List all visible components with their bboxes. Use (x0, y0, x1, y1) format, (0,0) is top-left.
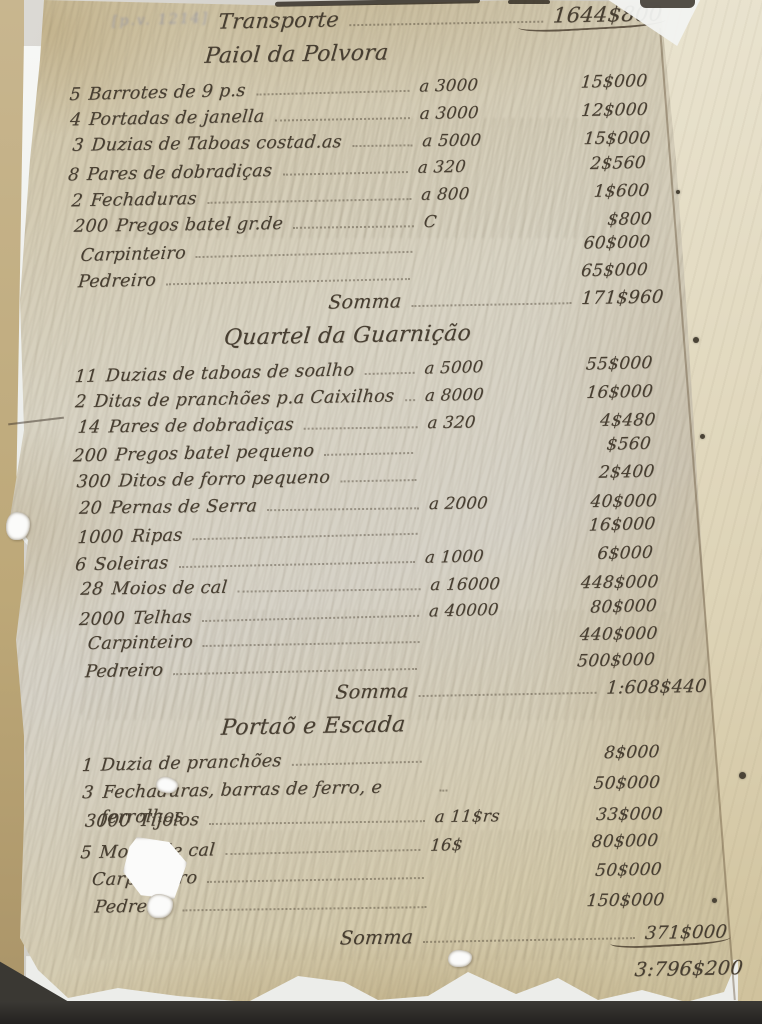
row-unit-rate (434, 877, 544, 879)
row-unit-rate (422, 250, 532, 253)
row-quantity: 8 (67, 163, 81, 188)
row-amount: 50$000 (554, 771, 661, 798)
row-amount: 15$000 (528, 69, 648, 97)
row-description: Barrotes de 9 p.s (88, 79, 247, 108)
row-quantity: 3 (81, 781, 95, 806)
row-quantity: 200 (72, 444, 108, 470)
row-quantity: 6 (74, 553, 88, 578)
row-quantity: 2 (70, 189, 84, 214)
row-description: Pedreiro (84, 658, 164, 685)
row-amount: 80$000 (538, 594, 658, 622)
row-amount: $560 (532, 432, 652, 460)
row-quantity: 20 (78, 496, 103, 521)
row-unit-rate (420, 277, 530, 279)
row-description: Pares de dobradiças (107, 413, 295, 440)
dot-leader (237, 588, 420, 592)
row-unit-rate: a 320 (426, 409, 538, 435)
row-description: Telhas (132, 605, 193, 631)
dot-leader (192, 533, 417, 541)
row-amount: 12$000 (529, 98, 649, 125)
row-quantity: 3000 (84, 809, 132, 835)
dot-leader (166, 278, 410, 285)
row-quantity: 11 (74, 365, 99, 391)
row-quantity: 3 (71, 134, 85, 159)
dot-leader (352, 144, 412, 147)
dot-leader (419, 692, 596, 697)
dot-leader (405, 399, 415, 401)
row-amount: 440$000 (538, 622, 658, 649)
row-description: Moios de cal (110, 576, 228, 603)
wormhole (676, 190, 680, 194)
row-quantity: 4 (69, 108, 83, 133)
row-description: Pedreiro (77, 269, 157, 296)
row-unit-rate: a 8000 (424, 381, 536, 408)
row-amount: 2$560 (527, 151, 647, 179)
row-amount: 80$000 (539, 829, 659, 857)
section-rows-paiol: 5Barrotes de 9 p.sa 300015$000 4Portadas… (69, 70, 665, 297)
transporte-label: Transporte (217, 7, 340, 33)
row-amount: 6$000 (534, 541, 654, 569)
row-unit-rate: a 5000 (424, 353, 536, 381)
row-amount: 15$000 (531, 126, 651, 153)
row-amount: 60$000 (531, 230, 651, 258)
dot-leader (209, 820, 425, 825)
dot-leader (423, 937, 634, 943)
row-description: Pregos batel gr.de (115, 212, 284, 239)
row-quantity: 200 (73, 214, 110, 239)
row-description: Fechaduras (90, 187, 198, 214)
row-unit-rate: a 3000 (418, 71, 530, 99)
dot-leader (364, 372, 414, 375)
row-description: Pregos batel pequeno (114, 439, 315, 468)
row-amount: 16$000 (534, 380, 654, 407)
dot-leader (412, 302, 571, 307)
row-quantity: 28 (79, 577, 104, 602)
dot-leader (207, 198, 411, 204)
row-unit-rate: a 5000 (421, 127, 533, 153)
row-amount: 16$000 (537, 512, 657, 540)
row-quantity: 2000 (78, 607, 126, 633)
row-unit-rate (428, 532, 538, 535)
dot-leader (325, 452, 414, 456)
somma-amount: 371$000 (644, 921, 728, 944)
row-description: Duzias de Taboas costad.as (91, 130, 344, 158)
row-description: Pares de dobradiças (86, 159, 273, 188)
top-edge-ink-fragment (640, 0, 695, 8)
dot-leader (207, 877, 424, 883)
row-description: Pernas de Serra (109, 494, 258, 521)
dot-leader (304, 426, 418, 429)
dot-leader (256, 90, 409, 96)
archival-annotation: [p.v. 1214] (112, 10, 210, 29)
dot-leader (179, 561, 415, 568)
dot-leader (202, 615, 419, 622)
row-quantity: 300 (76, 470, 112, 496)
row-quantity: 2 (74, 390, 88, 415)
dot-leader (440, 790, 448, 792)
row-unit-rate (436, 907, 546, 908)
dot-leader (196, 251, 413, 258)
row-unit-rate (427, 667, 537, 669)
somma-label: Somma (339, 926, 414, 949)
row-unit-rate (458, 790, 556, 792)
row-amount: 33$000 (544, 802, 664, 829)
row-quantity: 1000 (77, 525, 125, 551)
row-quantity: 1 (81, 754, 94, 779)
row-amount: 150$000 (545, 888, 665, 915)
wormhole (712, 898, 717, 903)
section-rows-quartel: 11Duzias de taboas de soalhoa 500055$000… (74, 351, 672, 686)
row-description: Soleiras (94, 551, 170, 578)
row-description: Tijolos (137, 808, 200, 834)
row-description: Portadas de janella (88, 105, 266, 133)
row-description: Carpinteiro (87, 630, 195, 657)
grand-total-amount: 3:796$200 (634, 956, 745, 981)
row-unit-rate: C (423, 208, 535, 234)
dot-leader (173, 668, 417, 675)
manuscript-photo: Transporte 1644$800 Paiol da Polvora 5Ba… (0, 0, 762, 1024)
row-unit-rate (427, 479, 537, 481)
row-unit-rate (432, 760, 542, 763)
dot-leader (226, 849, 421, 855)
photo-background-bottom (0, 1001, 762, 1024)
row-unit-rate: a 11$rs (434, 803, 546, 829)
top-edge-ink-fragment (508, 0, 550, 4)
row-unit-rate: 16$ (429, 830, 541, 857)
row-unit-rate: a 3000 (419, 99, 531, 126)
wormhole (693, 337, 699, 343)
somma-amount: 171$960 (580, 286, 664, 309)
dot-leader (293, 225, 414, 229)
row-amount: 55$000 (534, 351, 654, 379)
row-amount: 8$000 (541, 740, 661, 768)
row-unit-rate (423, 451, 533, 453)
dot-leader (283, 171, 408, 176)
row-unit-rate: a 2000 (428, 490, 540, 516)
somma-amount: 1:608$440 (605, 676, 707, 699)
wormhole (739, 772, 746, 779)
row-amount: 65$000 (529, 258, 649, 286)
row-amount: 50$000 (543, 858, 663, 885)
dot-leader (267, 507, 419, 511)
somma-row-portao: Somma 371$000 (85, 921, 677, 964)
row-unit-rate: a 16000 (429, 571, 541, 597)
row-unit-rate: a 320 (417, 152, 529, 179)
row-quantity: 14 (76, 415, 101, 440)
row-amount: 1$600 (530, 179, 650, 206)
dot-leader (292, 761, 422, 766)
row-quantity: 5 (79, 841, 93, 866)
wormhole (700, 434, 705, 439)
somma-label: Somma (335, 680, 410, 703)
dot-leader (340, 479, 416, 482)
row-description: Duzias de taboas de soalho (105, 358, 356, 389)
somma-label: Somma (327, 290, 402, 313)
row-unit-rate: a 1000 (424, 542, 536, 569)
row-amount: 2$400 (535, 460, 655, 487)
row-description: Carpinteiro (79, 241, 186, 269)
row-unit-rate: a 40000 (428, 596, 540, 624)
dot-leader (183, 906, 427, 911)
row-amount: 500$000 (536, 648, 656, 676)
dot-leader (203, 641, 420, 647)
row-amount: 4$480 (536, 408, 656, 435)
row-quantity: 5 (69, 83, 82, 108)
dot-leader (275, 117, 410, 121)
dot-leader (349, 21, 543, 27)
row-description: Ripas (130, 524, 183, 550)
row-unit-rate: a 800 (420, 180, 532, 207)
row-description: Duzia de pranchões (100, 749, 283, 778)
row-description: Ditos de forro pequeno (118, 466, 332, 495)
row-unit-rate (430, 641, 540, 643)
